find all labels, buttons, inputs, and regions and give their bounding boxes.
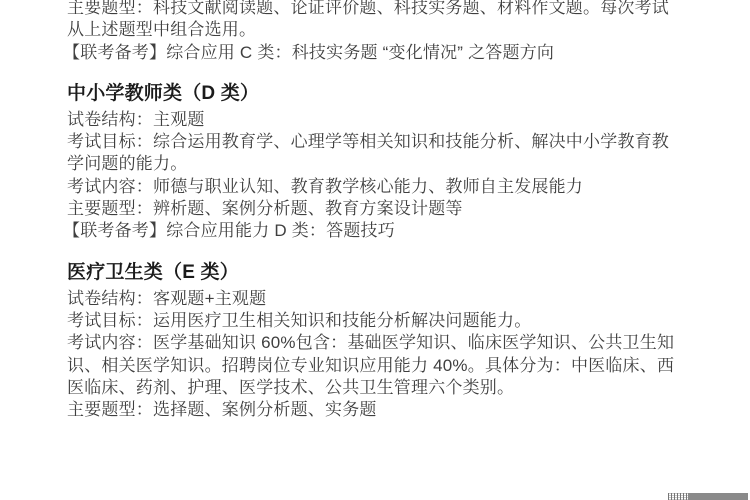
watermark-bar xyxy=(688,493,748,500)
section-d-paper-structure: 试卷结构：主观题 xyxy=(67,109,681,131)
section-e-main-types: 主要题型：选择题、案例分析题、实务题 xyxy=(67,399,681,421)
document-page: 主要题型：科技文献阅读题、论证评价题、科技实务题、材料作文题。每次考试从上述题型… xyxy=(0,0,750,500)
section-e: 医疗卫生类（E 类） 试卷结构：客观题+主观题 考试目标：运用医疗卫生相关知识和… xyxy=(67,260,681,422)
section-d-exam-content: 考试内容：师德与职业认知、教育教学核心能力、教师自主发展能力 xyxy=(67,176,681,198)
section-d-exam-goal: 考试目标：综合运用教育学、心理学等相关知识和技能分析、解决中小学教育教学问题的能… xyxy=(67,131,681,176)
watermark-text-fragment xyxy=(668,493,688,500)
section-e-exam-goal: 考试目标：运用医疗卫生相关知识和技能分析解决问题能力。 xyxy=(67,310,681,332)
section-c-exam-prep-note: 【联考备考】综合应用 C 类：科技实务题 “变化情况” 之答题方向 xyxy=(63,42,681,64)
document-content: 主要题型：科技文献阅读题、论证评价题、科技实务题、材料作文题。每次考试从上述题型… xyxy=(67,0,681,421)
section-d-main-types: 主要题型：辨析题、案例分析题、教育方案设计题等 xyxy=(67,198,681,220)
section-e-title: 医疗卫生类（E 类） xyxy=(67,260,681,286)
section-c-tail: 主要题型：科技文献阅读题、论证评价题、科技实务题、材料作文题。每次考试从上述题型… xyxy=(67,0,681,64)
section-e-paper-structure: 试卷结构：客观题+主观题 xyxy=(67,288,681,310)
section-d: 中小学教师类（D 类） 试卷结构：主观题 考试目标：综合运用教育学、心理学等相关… xyxy=(67,81,681,243)
section-e-exam-content: 考试内容：医学基础知识 60%包含：基础医学知识、临床医学知识、公共卫生知识、相… xyxy=(67,332,681,399)
cropped-watermark xyxy=(668,493,748,500)
section-d-exam-prep-note: 【联考备考】综合应用能力 D 类：答题技巧 xyxy=(63,220,681,242)
section-c-main-types-paragraph: 主要题型：科技文献阅读题、论证评价题、科技实务题、材料作文题。每次考试从上述题型… xyxy=(67,0,681,42)
section-d-title: 中小学教师类（D 类） xyxy=(67,81,681,107)
